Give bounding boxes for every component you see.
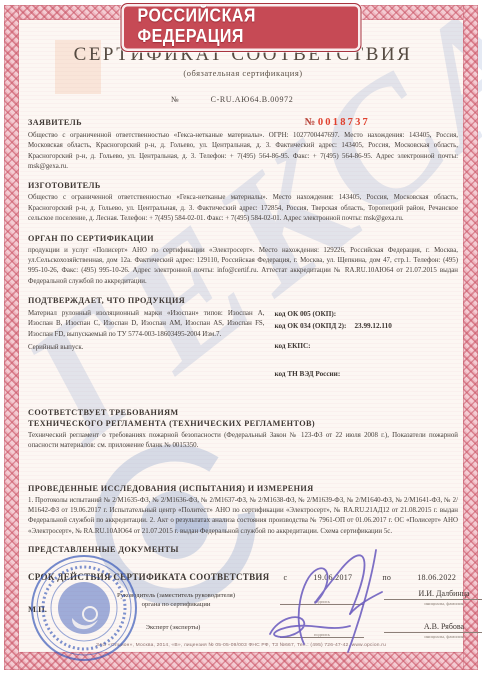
research-text: 1. Протоколы испытаний № 2/М1635-ФЗ, № 2… <box>28 496 458 537</box>
number-sign: № <box>171 95 179 104</box>
code-okp-label: код ОК 005 (ОКП): <box>275 310 337 318</box>
code-tnved-row: код ТН ВЭД России: <box>275 370 459 378</box>
product-description: Материал рулонный изоляционный марки «Из… <box>28 309 265 340</box>
applicant-text: Общество с ограниченной ответственностью… <box>28 131 458 172</box>
certificate-number: C-RU.АЮ64.В.00972 <box>211 95 294 104</box>
certificate-subtitle: (обязательная сертификация) <box>28 68 458 78</box>
blank-number: № 0018737 <box>305 117 370 128</box>
round-seal-stamp <box>28 552 140 664</box>
manufacturer-text: Общество с ограниченной ответственностью… <box>28 193 458 224</box>
code-okp-row: код ОК 005 (ОКП): <box>275 310 459 318</box>
certification-body-text: продукции и услуг «Полисерт» АНО по серт… <box>28 246 458 287</box>
research-heading: ПРОВЕДЕННЫЕ ИССЛЕДОВАНИЯ (ИСПЫТАНИЯ) И И… <box>28 484 458 493</box>
code-tnved-label: код ТН ВЭД России: <box>275 370 341 378</box>
certification-body-section: ОРГАН ПО СЕРТИФИКАЦИИ продукции и услуг … <box>28 234 458 287</box>
decorative-border-right <box>463 5 478 670</box>
code-ekps-row: код ЕКПС: <box>275 342 459 350</box>
country-banner-label: РОССИЙСКАЯ ФЕДЕРАЦИЯ <box>138 6 345 47</box>
requirements-section: СООТВЕТСТВУЕТ ТРЕБОВАНИЯМ ТЕХНИЧЕСКОГО Р… <box>28 408 458 452</box>
blank-number-digits: 0018737 <box>318 117 370 128</box>
product-codes-column: код ОК 005 (ОКП): код ОК 034 (ОКПД 2): 2… <box>265 309 459 378</box>
certification-body-heading: ОРГАН ПО СЕРТИФИКАЦИИ <box>28 234 458 243</box>
code-okpd2-label: код ОК 034 (ОКПД 2): <box>275 322 347 330</box>
certificate-page: ГЕКСА РОССИЙСКАЯ ФЕДЕРАЦИЯ СЕРТИФИКАТ СО… <box>0 0 482 681</box>
manufacturer-heading: ИЗГОТОВИТЕЛЬ <box>28 181 458 190</box>
blank-number-sign: № <box>305 117 316 128</box>
product-columns: Материал рулонный изоляционный марки «Из… <box>28 309 458 378</box>
manufacturer-section: ИЗГОТОВИТЕЛЬ Общество с ограниченной отв… <box>28 181 458 224</box>
requirements-heading-1: СООТВЕТСТВУЕТ ТРЕБОВАНИЯМ <box>28 408 458 417</box>
certificate-number-row: № C-RU.АЮ64.В.00972 <box>28 95 458 104</box>
product-heading: ПОДТВЕРЖДАЕТ, ЧТО ПРОДУКЦИЯ <box>28 296 458 305</box>
research-section: ПРОВЕДЕННЫЕ ИССЛЕДОВАНИЯ (ИСПЫТАНИЯ) И И… <box>28 484 458 537</box>
requirements-heading-2: ТЕХНИЧЕСКОГО РЕГЛАМЕНТА (ТЕХНИЧЕСКИХ РЕГ… <box>28 419 458 428</box>
code-okpd2-value: 23.99.12.110 <box>354 322 391 330</box>
product-description-column: Материал рулонный изоляционный марки «Из… <box>28 309 265 378</box>
signature-ink-scribbles <box>258 548 428 658</box>
code-okpd2-row: код ОК 034 (ОКПД 2): 23.99.12.110 <box>275 322 459 330</box>
product-serial: Серийный выпуск. <box>28 343 265 353</box>
product-section: ПОДТВЕРЖДАЕТ, ЧТО ПРОДУКЦИЯ Материал рул… <box>28 296 458 378</box>
decorative-border-left <box>4 5 19 670</box>
requirements-text: Технический регламент о требованиях пожа… <box>28 431 458 452</box>
country-banner: РОССИЙСКАЯ ФЕДЕРАЦИЯ <box>121 3 362 52</box>
applicant-heading-row: ЗАЯВИТЕЛЬ № 0018737 <box>28 117 458 128</box>
applicant-heading: ЗАЯВИТЕЛЬ <box>28 118 82 127</box>
code-ekps-label: код ЕКПС: <box>275 342 311 350</box>
certificate-content: СЕРТИФИКАТ СООТВЕТСТВИЯ (обязательная се… <box>28 20 458 554</box>
